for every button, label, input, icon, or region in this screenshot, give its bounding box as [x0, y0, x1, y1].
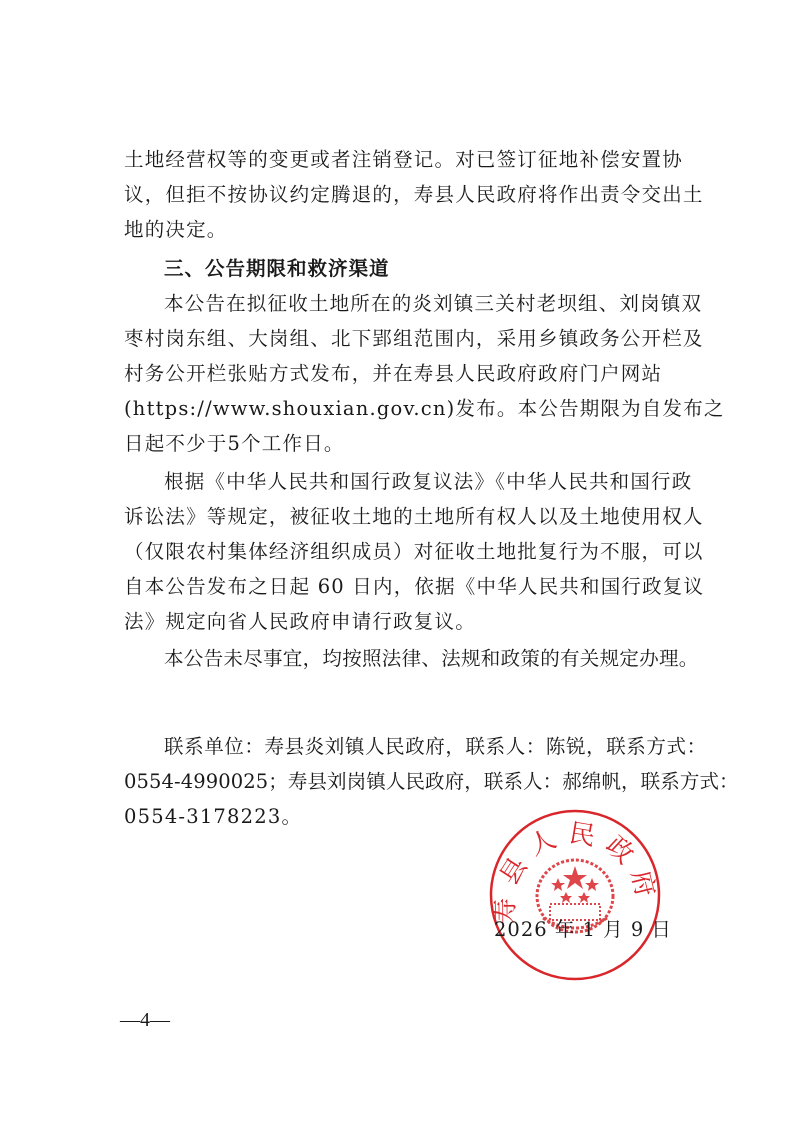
body-line: 土地经营权等的变更或者注销登记。对已签订征地补偿安置协: [124, 148, 724, 172]
contact-line: 0554-4990025；寿县刘岗镇人民政府，联系人：郝绵帆，联系方式：: [124, 770, 724, 794]
paragraph-line: 枣村岗东组、大岗组、北下郢组范围内，采用乡镇政务公开栏及: [124, 327, 724, 351]
paragraph-line: 诉讼法》等规定，被征收土地的土地所有权人以及土地使用权人: [124, 505, 724, 529]
paragraph-line: 根据《中华人民共和国行政复议法》《中华人民共和国行政: [164, 470, 764, 494]
contact-line: 联系单位：寿县炎刘镇人民政府，联系人：陈锐，联系方式：: [164, 735, 764, 759]
paragraph-line: 日起不少于5个工作日。: [124, 432, 724, 456]
paragraph-line-url: (https://www.shouxian.gov.cn)发布。本公告期限为自发…: [124, 397, 724, 421]
document-page: 土地经营权等的变更或者注销登记。对已签订征地补偿安置协 议，但拒不按协议约定腾退…: [0, 0, 793, 1122]
closing-statement: 本公告未尽事宜，均按照法律、法规和政策的有关规定办理。: [164, 647, 764, 671]
official-seal-icon: 寿县人民政府: [488, 808, 662, 982]
paragraph-line: 法》规定向省人民政府申请行政复议。: [124, 610, 724, 634]
paragraph-line: 村务公开栏张贴方式发布，并在寿县人民政府政府门户网站: [124, 362, 724, 386]
page-number: —4—: [120, 1008, 170, 1032]
paragraph-line: 本公告在拟征收土地所在的炎刘镇三关村老坝组、刘岗镇双: [164, 292, 764, 316]
issue-date: 2026 年 1 月 9 日: [494, 918, 672, 942]
body-line: 议，但拒不按协议约定腾退的，寿县人民政府将作出责令交出土: [124, 183, 724, 207]
paragraph-line: 自本公告发布之日起 60 日内，依据《中华人民共和国行政复议: [124, 575, 724, 599]
paragraph-line: （仅限农村集体经济组织成员）对征收土地批复行为不服，可以: [124, 540, 724, 564]
section-heading: 三、公告期限和救济渠道: [164, 257, 764, 281]
body-line: 地的决定。: [124, 218, 724, 242]
